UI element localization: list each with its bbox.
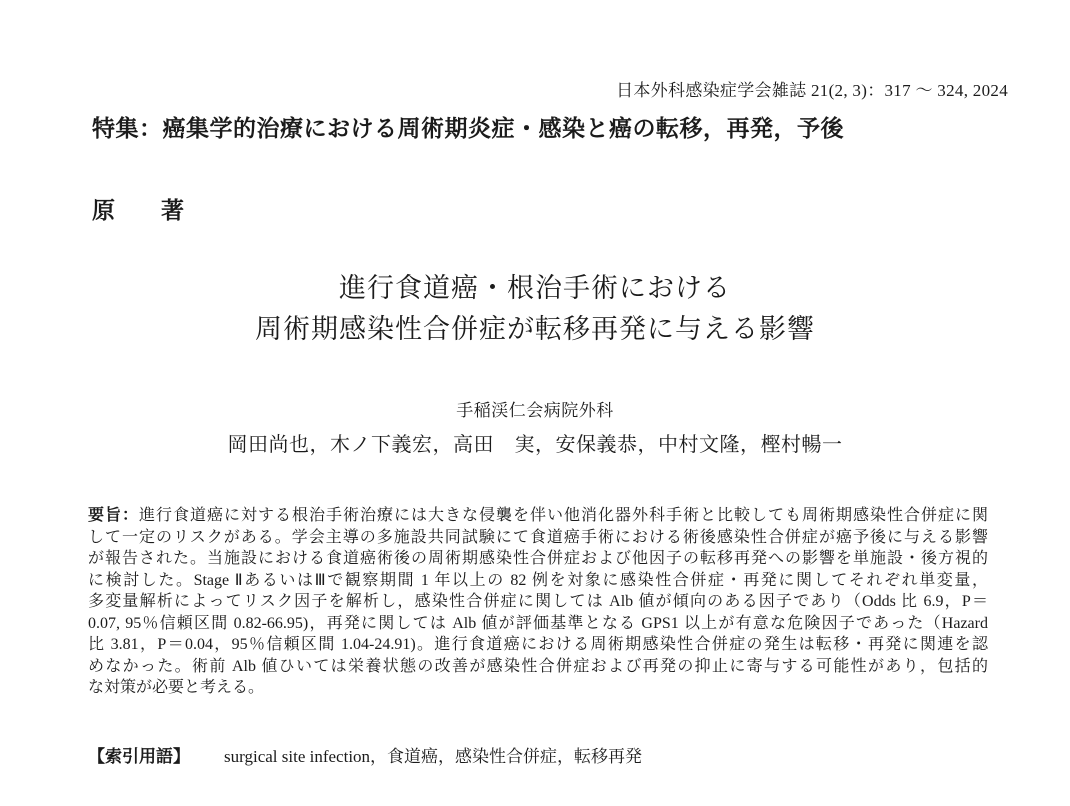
keywords-terms: surgical site infection，食道癌，感染性合併症，転移再発 bbox=[224, 747, 642, 766]
abstract-first-line: 要旨：進行食道癌に対する根治手術治療には大きな侵襲を伴い他消化器外科手術と比較し… bbox=[88, 505, 988, 527]
paper-title-line1: 進行食道癌・根治手術における bbox=[0, 268, 1070, 309]
keywords-row: 【索引用語】surgical site infection，食道癌，感染性合併症… bbox=[88, 742, 988, 767]
abstract-line: が報告された。当施設における食道癌術後の周術期感染性合併症および他因子の転移再発… bbox=[88, 548, 988, 570]
feature-heading: 特集：癌集学的治療における周術期炎症・感染と癌の転移，再発，予後 bbox=[92, 110, 844, 143]
abstract-body: して一定のリスクがある。学会主導の多施設共同試験にて食道癌手術における術後感染性… bbox=[88, 527, 988, 699]
abstract-section: 要旨：進行食道癌に対する根治手術治療には大きな侵襲を伴い他消化器外科手術と比較し… bbox=[88, 505, 988, 699]
journal-citation: 日本外科感染症学会雑誌 21(2, 3)：317 〜 324, 2024 bbox=[0, 76, 1008, 101]
abstract-line: 多変量解析によってリスク因子を解析し，感染性合併症に関しては Alb 値が傾向の… bbox=[88, 591, 988, 613]
article-type-label: 原 著 bbox=[92, 192, 184, 225]
abstract-line: な対策が必要と考える。 bbox=[88, 677, 988, 699]
paper-title: 進行食道癌・根治手術における 周術期感染性合併症が転移再発に与える影響 bbox=[0, 268, 1070, 350]
abstract-line: めなかった。術前 Alb 値ひいては栄養状態の改善が感染性合併症および再発の抑止… bbox=[88, 656, 988, 678]
abstract-line: に検討した。Stage ⅡあるいはⅢで観察期間 1 年以上の 82 例を対象に感… bbox=[88, 570, 988, 592]
abstract-line: して一定のリスクがある。学会主導の多施設共同試験にて食道癌手術における術後感染性… bbox=[88, 527, 988, 549]
author-list: 岡田尚也，木ノ下義宏，高田 実，安保義恭，中村文隆，樫村暢一 bbox=[0, 428, 1070, 457]
abstract-first-line-text: 進行食道癌に対する根治手術治療には大きな侵襲を伴い他消化器外科手術と比較しても周… bbox=[139, 507, 988, 524]
paper-page: 日本外科感染症学会雑誌 21(2, 3)：317 〜 324, 2024 特集：… bbox=[0, 0, 1070, 806]
paper-title-line2: 周術期感染性合併症が転移再発に与える影響 bbox=[0, 309, 1070, 350]
abstract-label: 要旨： bbox=[88, 507, 139, 524]
abstract-line: 0.07, 95％信頼区間 0.82-66.95)，再発に関しては Alb 値が… bbox=[88, 613, 988, 635]
affiliation: 手稲渓仁会病院外科 bbox=[0, 396, 1070, 421]
keywords-label: 【索引用語】 bbox=[88, 747, 190, 766]
abstract-line: 比 3.81，P＝0.04，95％信頼区間 1.04-24.91)。進行食道癌に… bbox=[88, 634, 988, 656]
